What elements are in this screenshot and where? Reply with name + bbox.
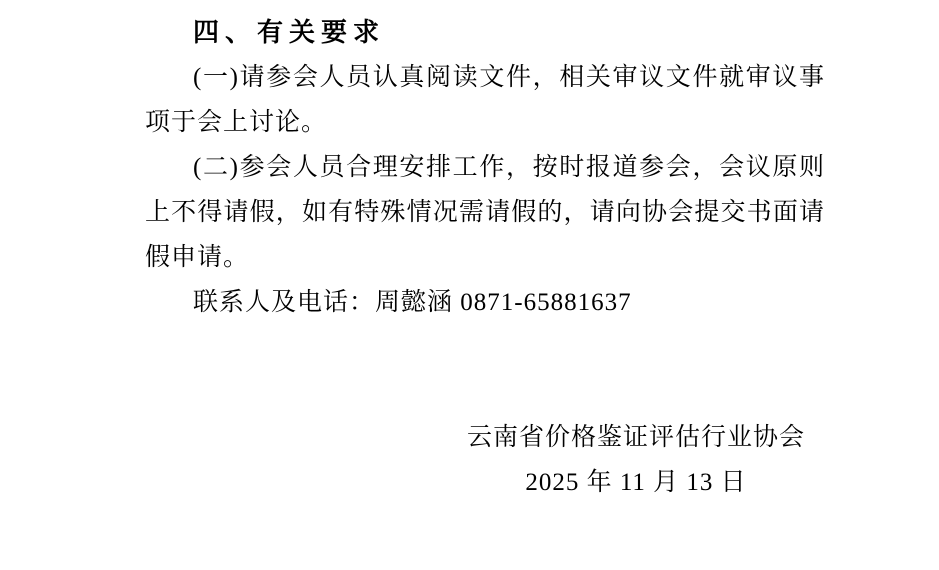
section-heading: 四、有关要求 xyxy=(145,10,825,55)
paragraph-item-2: (二)参会人员合理安排工作，按时报道参会，会议原则上不得请假，如有特殊情况需请假… xyxy=(145,145,825,280)
contact-line: 联系人及电话：周懿涵 0871-65881637 xyxy=(145,280,825,325)
signature-inner: 云南省价格鉴证评估行业协会 2025 年 11 月 13 日 xyxy=(467,415,805,505)
paragraph-item-1: (一)请参会人员认真阅读文件，相关审议文件就审议事项于会上讨论。 xyxy=(145,55,825,145)
signature-date: 2025 年 11 月 13 日 xyxy=(467,460,805,505)
signature-block: 云南省价格鉴证评估行业协会 2025 年 11 月 13 日 xyxy=(145,415,825,505)
signature-organization: 云南省价格鉴证评估行业协会 xyxy=(467,415,805,460)
document-body: 四、有关要求 (一)请参会人员认真阅读文件，相关审议文件就审议事项于会上讨论。 … xyxy=(145,10,825,505)
